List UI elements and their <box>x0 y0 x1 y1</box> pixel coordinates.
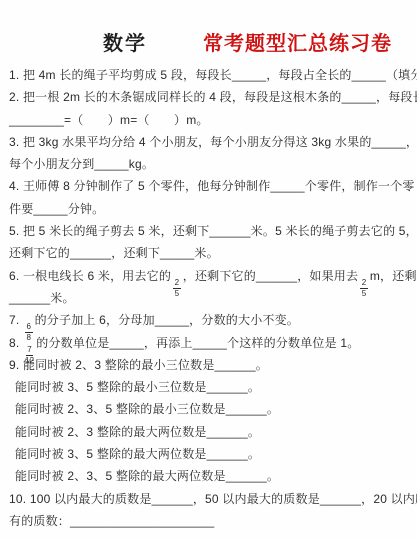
question-5-line-2: 还剩下它的______，还剩下_____米。 <box>9 242 409 264</box>
fraction-two-fifths: 25 <box>173 279 181 298</box>
question-9-line-2: 能同时被 3、5 整除的最小三位数是______。 <box>9 376 409 398</box>
question-7-text-1: 7. <box>9 313 23 327</box>
question-1: 1. 把 4m 长的绳子平均剪成 5 段，每段长_____，每段占全长的____… <box>9 64 409 86</box>
question-4-line-2: 件要_____分钟。 <box>9 198 409 220</box>
question-6-line-2: ______米。 <box>9 287 409 309</box>
worksheet-page: 数学 常考题型汇总练习卷 1. 把 4m 长的绳子平均剪成 5 段，每段长___… <box>0 0 417 540</box>
question-list: 1. 把 4m 长的绳子平均剪成 5 段，每段长_____，每段占全长的____… <box>0 64 417 532</box>
fraction-two-fifths: 25 <box>360 279 368 298</box>
question-9-line-6: 能同时被 2、3、5 整除的最大两位数是______。 <box>9 465 409 487</box>
question-2-line-2: ________=（ ）m=（ ）m。 <box>9 109 409 131</box>
question-8-text-2: 的分数单位是_____，再添上_____个这样的分数单位是 1。 <box>36 336 359 350</box>
question-2-line-1: 2. 把一根 2m 长的木条锯成同样长的 4 段，每段是这根木条的_____，每… <box>9 86 409 108</box>
subject-title: 数学 <box>103 27 147 56</box>
question-7: 7. 68的分子加上 6，分母加_____，分数的大小不变。 <box>9 309 409 331</box>
question-9-line-4: 能同时被 2、3 整除的最大两位数是______。 <box>9 421 409 443</box>
fraction-denominator: 5 <box>362 289 367 298</box>
question-6-text-3: m，还剩下 <box>370 269 417 283</box>
question-10-line-1: 10. 100 以内最大的质数是______，50 以内最大的质数是______… <box>9 488 409 510</box>
exam-title: 常考题型汇总练习卷 <box>203 27 392 56</box>
fraction-numerator: 2 <box>360 279 368 289</box>
question-5-line-1: 5. 把 5 米长的绳子剪去 5 米，还剩下______米。5 米长的绳子剪去它… <box>9 220 409 242</box>
fraction-numerator: 2 <box>173 279 181 289</box>
question-8: 8. 712的分数单位是_____，再添上_____个这样的分数单位是 1。 <box>9 332 409 354</box>
question-4-line-1: 4. 王师傅 8 分钟制作了 5 个零件，他每分钟制作_____个零件，制作一个… <box>9 175 409 197</box>
question-7-text-2: 的分子加上 6，分母加_____，分数的大小不变。 <box>35 313 299 327</box>
question-3-line-2: 每个小朋友分到_____kg。 <box>9 153 409 175</box>
question-6-text-2: ，还剩下它的______，如果用去 <box>183 269 358 283</box>
question-3-line-1: 3. 把 3kg 水果平均分给 4 个小朋友，每个小朋友分得这 3kg 水果的_… <box>9 131 409 153</box>
question-8-text-1: 8. <box>9 336 23 350</box>
question-9-line-3: 能同时被 2、3、5 整除的最小三位数是______。 <box>9 398 409 420</box>
fraction-denominator: 5 <box>175 289 180 298</box>
question-6-line-1: 6. 一根电线长 6 米，用去它的25，还剩下它的______，如果用去25m，… <box>9 265 409 287</box>
question-9-line-1: 9. 能同时被 2、3 整除的最小三位数是______。 <box>9 354 409 376</box>
question-9-line-5: 能同时被 3、5 整除的最大两位数是______。 <box>9 443 409 465</box>
question-10-line-2: 有的质数：_____________________ <box>9 510 409 532</box>
title-row: 数学 常考题型汇总练习卷 <box>0 27 417 53</box>
question-6-text-1: 6. 一根电线长 6 米，用去它的 <box>9 269 171 283</box>
